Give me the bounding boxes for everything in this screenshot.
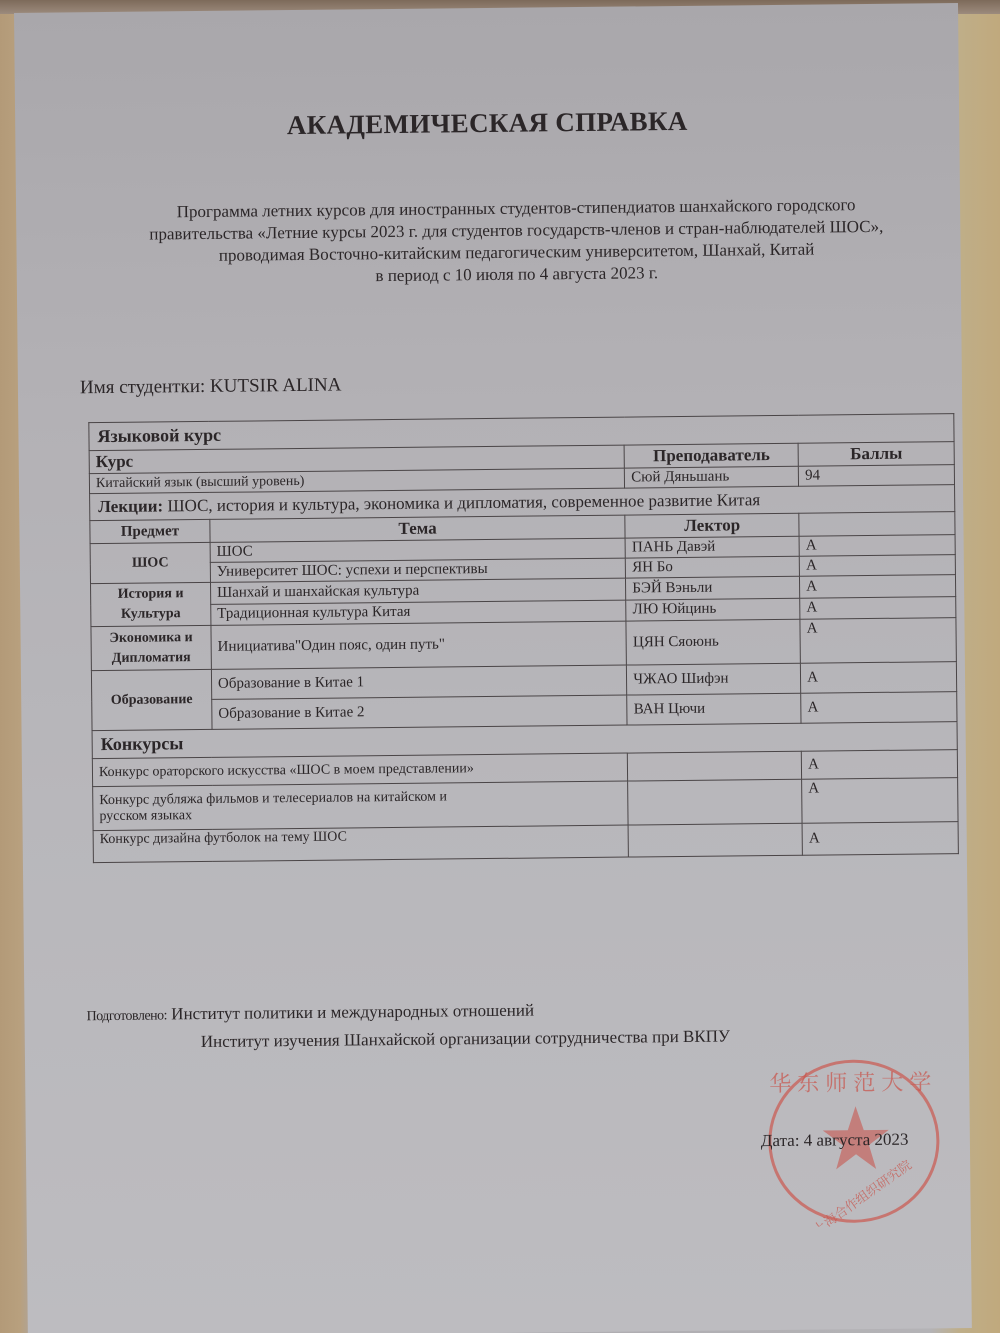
document-date: Дата: 4 августа 2023: [761, 1130, 909, 1152]
grade-cell: A: [800, 596, 956, 619]
prepared-by-block: Подготовлено: Институт политики и междун…: [86, 996, 730, 1057]
grades-table: Языковой курс Курс Преподаватель Баллы К…: [88, 413, 959, 863]
student-label: Имя студентки:: [80, 376, 205, 398]
topic-cell: Инициатива"Один пояс, один путь": [211, 621, 627, 669]
grade-cell: A: [800, 575, 956, 598]
grade-cell: A: [799, 555, 955, 577]
header-teacher: Преподаватель: [624, 443, 798, 468]
header-subject: Предмет: [90, 519, 210, 543]
grade-cell: A: [801, 692, 957, 724]
course-score: 94: [799, 465, 955, 487]
lecturer-cell: ЛЮ Юйцинь: [626, 598, 800, 621]
contest-grade: A: [802, 778, 958, 824]
contest-extra: [628, 779, 802, 825]
lecturer-cell: ЧЖАО Шифэн: [627, 663, 801, 695]
lecturer-cell: ЯН Бо: [626, 556, 800, 578]
contest-name: Конкурс дизайна футболок на тему ШОС: [93, 825, 629, 863]
subject-cell: История и Культура: [91, 582, 211, 626]
document-title: АКАДЕМИЧЕСКАЯ СПРАВКА: [15, 103, 959, 144]
header-score: Баллы: [798, 442, 954, 467]
topic-cell: Образование в Китае 2: [212, 695, 628, 729]
header-grade: [799, 512, 955, 537]
contest-grade: A: [802, 822, 958, 856]
lectures-topics: ШОС, история и культура, экономика и дип…: [167, 490, 760, 515]
svg-text:上海合作组织研究院: 上海合作组织研究院: [810, 1157, 914, 1227]
prepared-label: Подготовлено:: [86, 1008, 167, 1024]
grade-cell: A: [801, 662, 957, 694]
subject-cell: ШОС: [90, 542, 210, 583]
lecturer-cell: ЦЯН Сяоюнь: [626, 619, 800, 665]
lecturer-cell: ВАН Цючи: [627, 693, 801, 725]
svg-text:华东师范大学: 华东师范大学: [769, 1070, 937, 1097]
contest-extra: [628, 823, 802, 857]
lecturer-cell: ПАНЬ Давэй: [625, 536, 799, 558]
contest-name: Конкурс дубляжа фильмов и телесериалов н…: [93, 781, 629, 831]
teacher-name: Сюй Дяньшань: [625, 466, 799, 488]
student-name: KUTSIR ALINA: [210, 375, 342, 397]
document-sheet: АКАДЕМИЧЕСКАЯ СПРАВКА Программа летних к…: [14, 3, 972, 1333]
subject-cell: Экономика и Дипломатия: [91, 625, 211, 670]
header-lecturer: Лектор: [625, 513, 799, 538]
grade-cell: A: [800, 618, 956, 664]
subject-cell: Образование: [91, 669, 212, 730]
topic-cell: Образование в Китае 1: [211, 665, 627, 699]
lectures-label: Лекции:: [98, 496, 163, 516]
program-description: Программа летних курсов для иностранных …: [76, 193, 957, 290]
prepared-institute-1: Институт политики и международных отноше…: [171, 1001, 534, 1024]
student-name-line: Имя студентки: KUTSIR ALINA: [80, 375, 342, 400]
contest-extra: [628, 751, 802, 781]
grade-cell: A: [799, 535, 955, 557]
lecturer-cell: БЭЙ Вэньли: [626, 576, 800, 599]
contest-grade: A: [801, 750, 957, 780]
